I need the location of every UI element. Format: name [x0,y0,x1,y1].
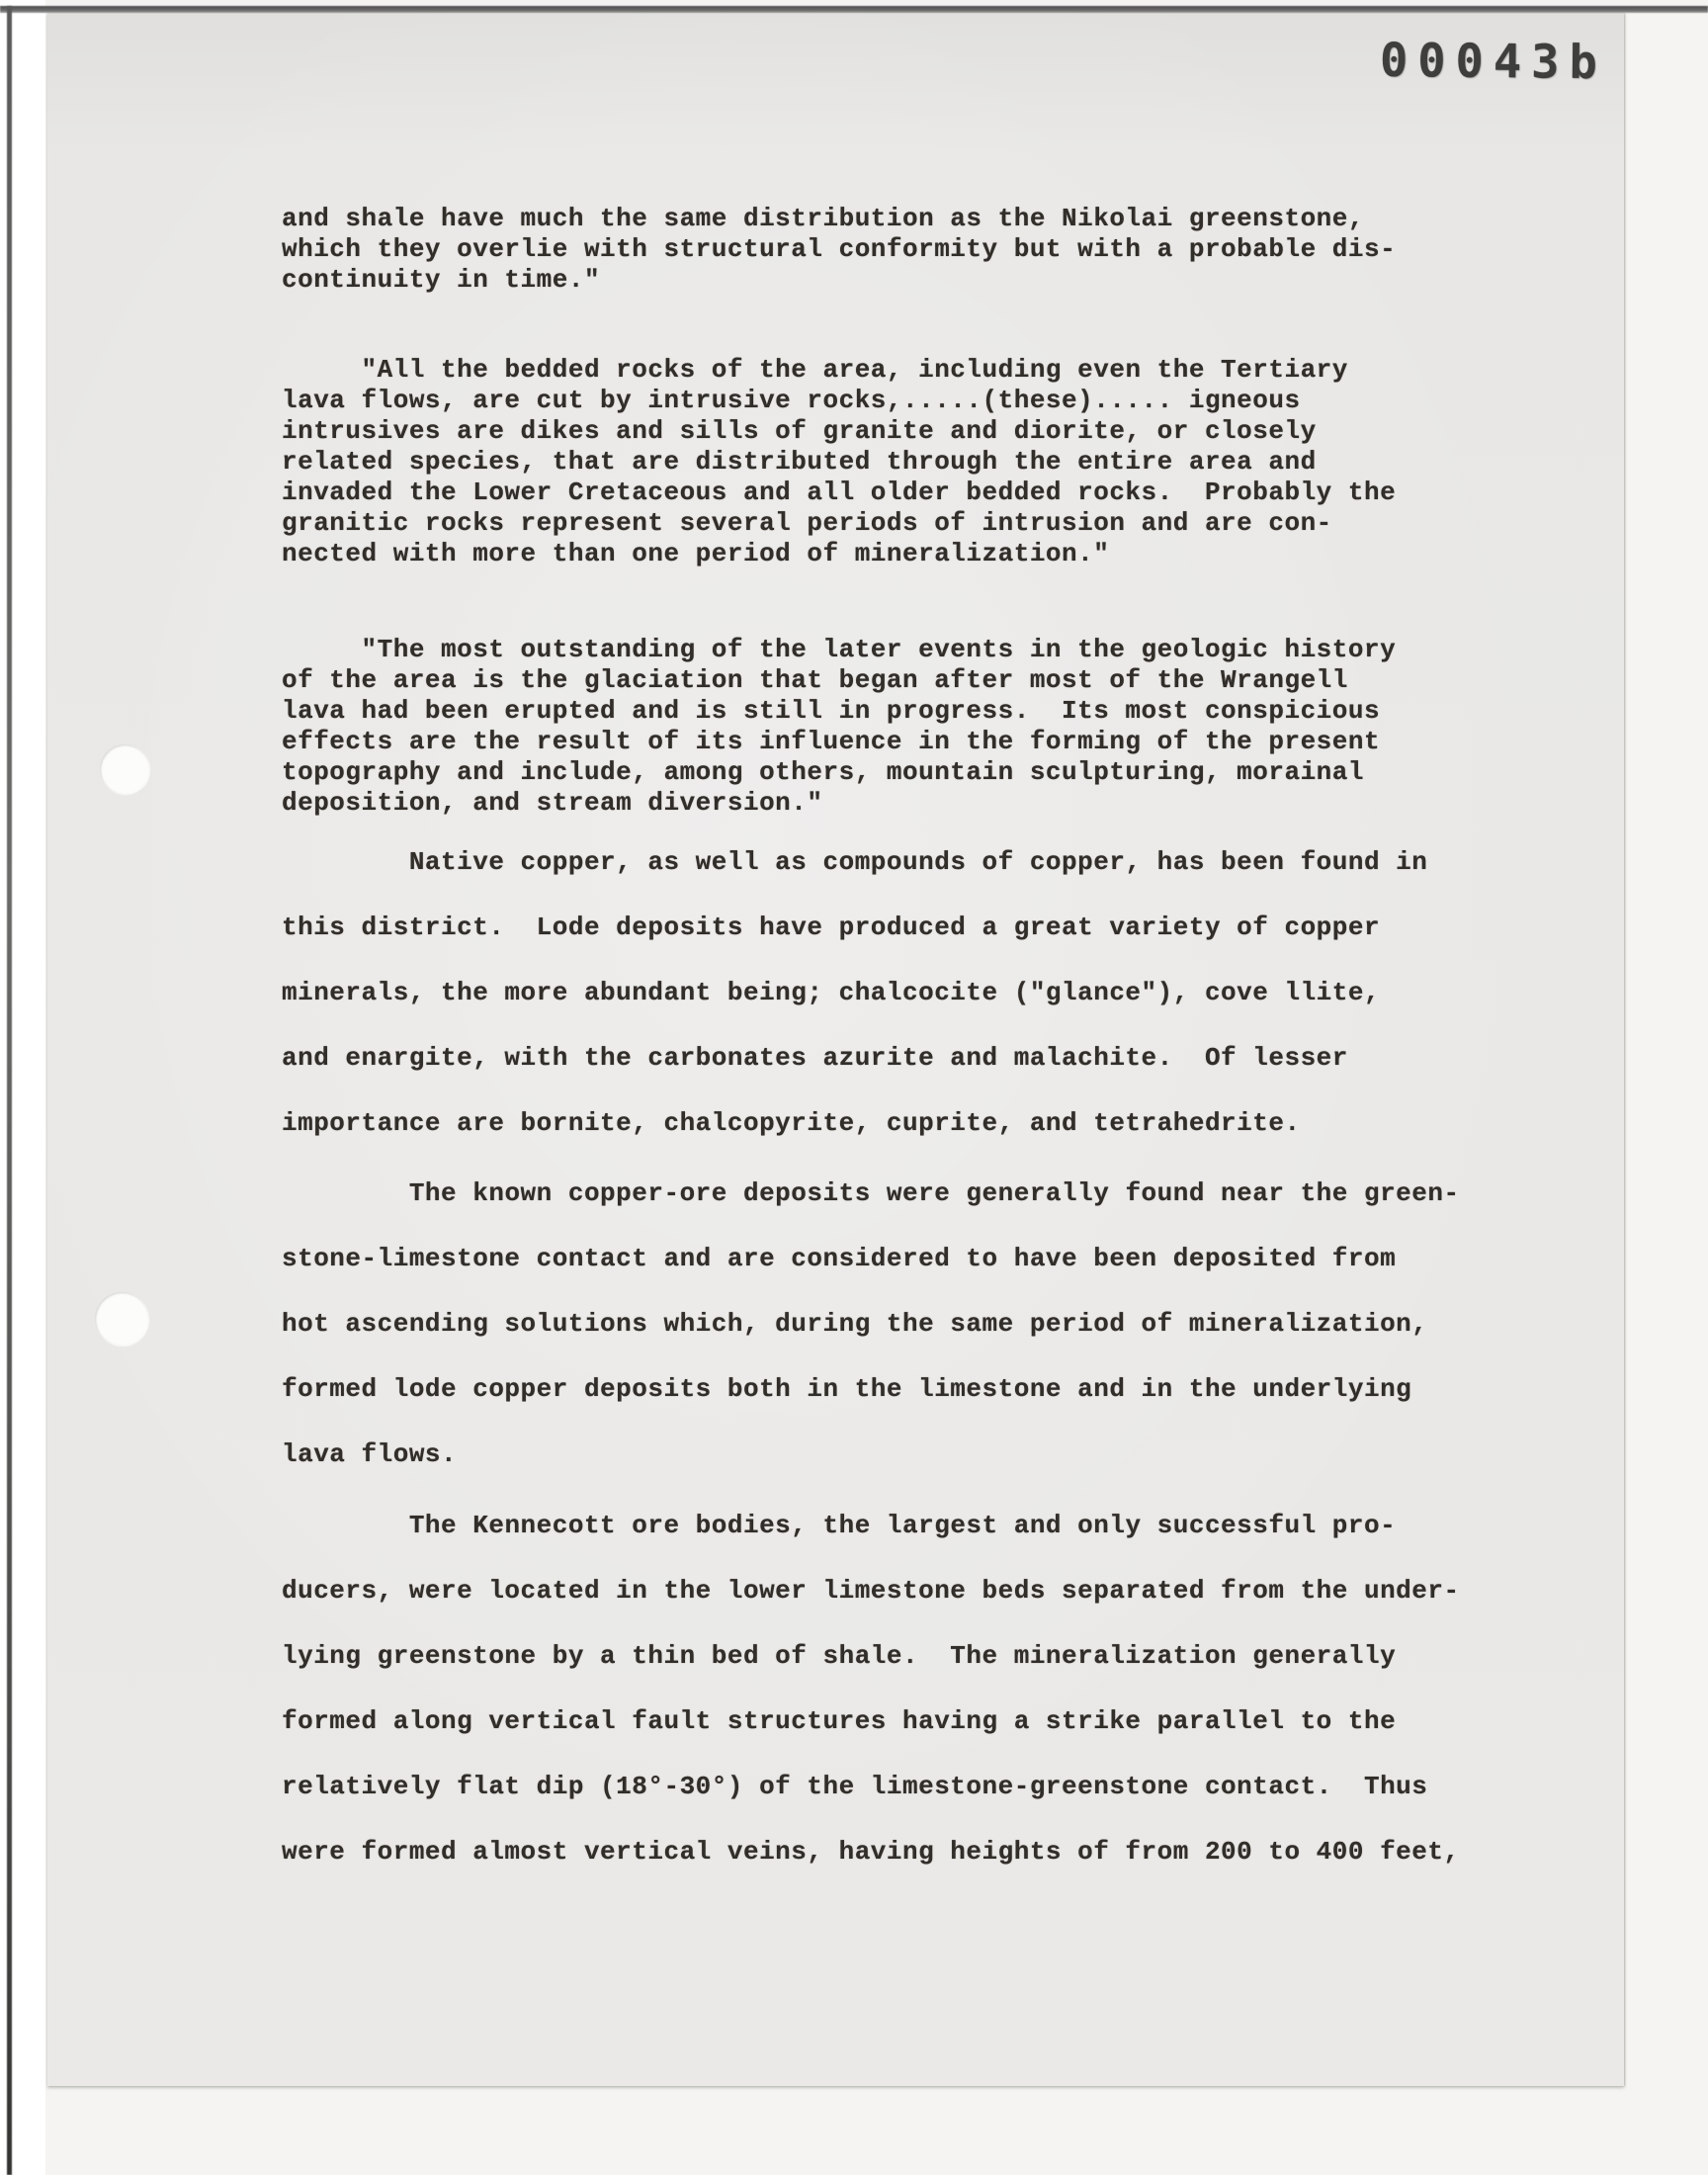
scan-edge-top [0,6,1708,13]
scan-edge-left [7,6,12,2175]
punch-hole-bottom [95,1292,148,1346]
paragraph-kennecott-ore-bodies: The Kennecott ore bodies, the largest an… [282,1493,1527,1884]
paragraph-quote-bedded-rocks: "All the bedded rocks of the area, inclu… [282,355,1527,569]
paragraph-continuation: and shale have much the same distributio… [282,204,1527,296]
paragraph-native-copper: Native copper, as well as compounds of c… [282,829,1527,1156]
punch-hole-top [100,744,149,794]
paragraph-quote-glaciation: "The most outstanding of the later event… [282,635,1527,819]
scanned-document-page: 00043b and shale have much the same dist… [0,0,1708,2175]
paper-sheet: 00043b and shale have much the same dist… [47,13,1624,2086]
page-number-stamp: 00043b [1380,34,1607,90]
paragraph-copper-ore-deposits: The known copper-ore deposits were gener… [282,1161,1527,1487]
